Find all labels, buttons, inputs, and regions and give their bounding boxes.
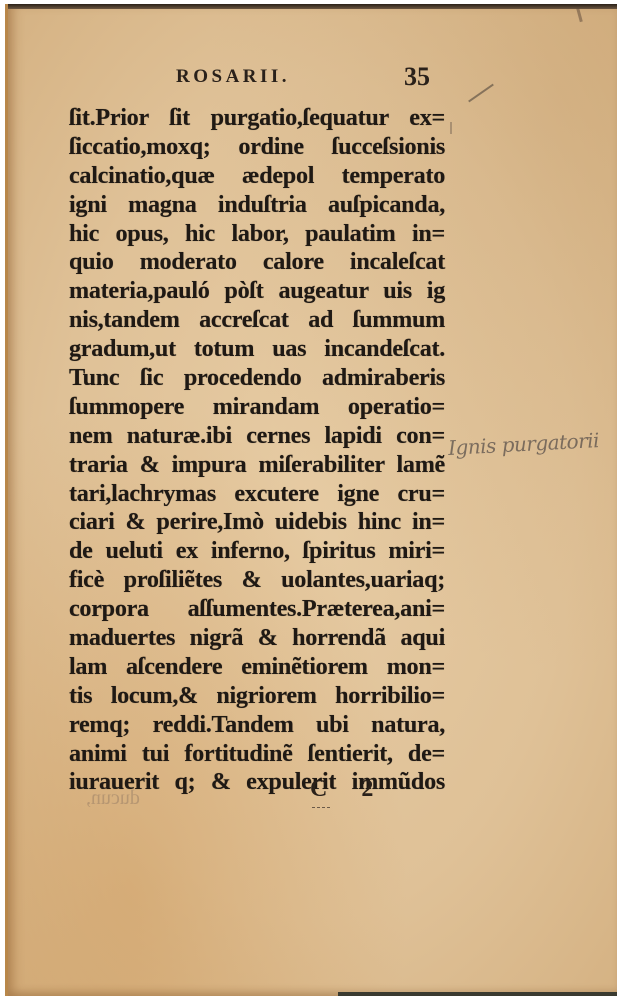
text-line: tari,lachrymas excutere igne cru=	[69, 480, 445, 509]
text-line: animi tui fortitudinẽ ſentierit, de=	[69, 740, 445, 769]
text-line: remq; reddi.Tandem ubi natura,	[69, 711, 445, 740]
body-text: ſit.Prior ſit purgatio,ſequatur ex= ſicc…	[69, 104, 445, 797]
text-line: hic opus, hic labor, paulatim in=	[69, 220, 445, 249]
page-top-edge-shadow	[8, 4, 617, 9]
signature-mark: C 2	[310, 776, 387, 803]
text-line: gradum,ut totum uas incandeſcat.	[69, 335, 445, 364]
running-head: ROSARII.	[176, 66, 290, 88]
margin-pen-tick	[450, 122, 452, 134]
book-page: ROSARII. 35 ſit.Prior ſit purgatio,ſequa…	[5, 4, 617, 996]
text-line: quio moderato calore incaleſcat	[69, 248, 445, 277]
text-line: nis,tandem accreſcat ad ſummum	[69, 306, 445, 335]
bleed-through-text: ducun,	[86, 787, 140, 810]
margin-pen-stroke	[468, 84, 494, 103]
text-line: ciari & perire,Imò uidebis hinc in=	[69, 508, 445, 537]
text-line: Tunc ſic procedendo admiraberis	[69, 364, 445, 393]
text-line: maduertes nigrã & horrendã aqui	[69, 624, 445, 653]
text-line: corpora aſſumentes.Præterea,ani=	[69, 595, 445, 624]
signature-underline	[312, 807, 330, 808]
text-line: tis locum,& nigriorem horribilio=	[69, 682, 445, 711]
top-margin-mark	[576, 8, 583, 22]
text-line: traria & impura miſerabiliter lamẽ	[69, 451, 445, 480]
text-line: ſiccatio,moxq; ordine ſucceſsionis	[69, 133, 445, 162]
text-line: nem naturæ.ibi cernes lapidi con=	[69, 422, 445, 451]
text-line: ſit.Prior ſit purgatio,ſequatur ex=	[69, 104, 445, 133]
text-line: de ueluti ex inferno, ſpiritus miri=	[69, 537, 445, 566]
handwritten-margin-note: Ignis purgatorii	[447, 428, 599, 460]
page-bottom-edge-shadow	[338, 992, 617, 996]
page-number: 35	[404, 62, 430, 92]
text-line: calcinatio,quæ ædepol temperato	[69, 162, 445, 191]
text-line: ficè proſiliẽtes & uolantes,uariaq;	[69, 566, 445, 595]
text-line: materia,pauló pòſt augeatur uis ig	[69, 277, 445, 306]
text-line: lam aſcendere eminẽtiorem mon=	[69, 653, 445, 682]
text-line: ſummopere mirandam operatio=	[69, 393, 445, 422]
text-line: igni magna induſtria auſpicanda,	[69, 191, 445, 220]
